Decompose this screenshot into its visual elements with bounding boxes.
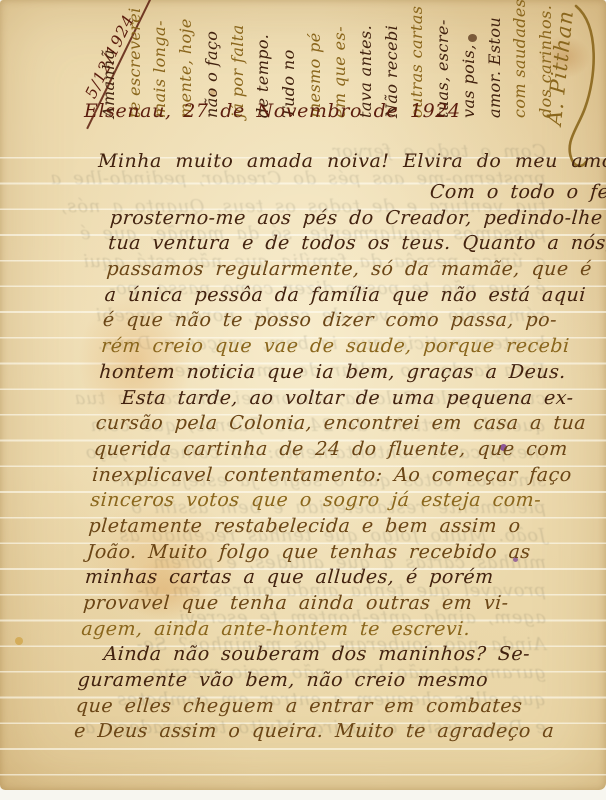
margin-note-line: com saudades <box>507 0 533 118</box>
letter-line: é que não te posso dizer como passa, po- <box>102 308 606 334</box>
letter-line: inexplicavel contentamento: Ao começar f… <box>91 463 598 489</box>
paper-stain <box>15 637 23 645</box>
letter-line: a única pessôa da família que não está a… <box>104 283 606 309</box>
letter-line: Esta tarde, ao voltar de uma pequena ex- <box>97 386 604 412</box>
letter-line: guramente vão bem, não creio mesmo <box>77 668 584 694</box>
letter-line: tua ventura e de todos os teus. Quanto a… <box>107 231 606 257</box>
letter-line: agem, ainda ante-hontem te escrevi. <box>80 617 587 643</box>
letter-line: provavel que tenha ainda outras em vi- <box>82 591 589 617</box>
letter-line: minhas cartas a que alludes, é porém <box>84 565 591 591</box>
letter-body: Com o todo o fervorprosterno-me aos pés … <box>73 180 606 745</box>
letter-line: rém creio que vae de saude, porque receb… <box>100 334 606 360</box>
letter-line: Ainda não souberam dos maninhos? Se- <box>79 642 586 668</box>
letter-line: que elles cheguem a entrar em combates <box>75 694 582 720</box>
letter-line: cursão pela Colonia, encontrei em casa a… <box>95 411 602 437</box>
letter-line: pletamente restabelecida e bem assim o <box>88 514 595 540</box>
letter-line: prosterno-me aos pés do Creador, pedindo… <box>109 206 606 232</box>
letter-page: Com o todo o fervorprosterno-me aos pés … <box>0 0 606 790</box>
letter-line: João. Muito folgo que tenhas recebido as <box>86 540 593 566</box>
scan-background <box>0 790 606 800</box>
letter-line: sinceros votos que o sogro já esteja com… <box>89 488 596 514</box>
letter-line: passamos regularmente, só da mamãe, que … <box>106 257 606 283</box>
letter-line: Com o todo o fervor <box>111 180 606 206</box>
letter-line: hontem noticia que ia bem, graças a Deus… <box>98 360 605 386</box>
margin-note-line: amor. Estou <box>482 0 508 118</box>
letter-line: querida cartinha de 24 do fluente, que c… <box>93 437 600 463</box>
dateline: Elsenau, 27 de Novembro de 1924 <box>84 100 461 122</box>
salutation: Minha muito amada noiva! Elvira do meu a… <box>98 150 606 172</box>
letter-line: e Deus assim o queira. Muito te agradeço… <box>73 719 580 745</box>
scanned-letter-view: { "letter": { "date_annotation": "5/12/1… <box>0 0 606 800</box>
